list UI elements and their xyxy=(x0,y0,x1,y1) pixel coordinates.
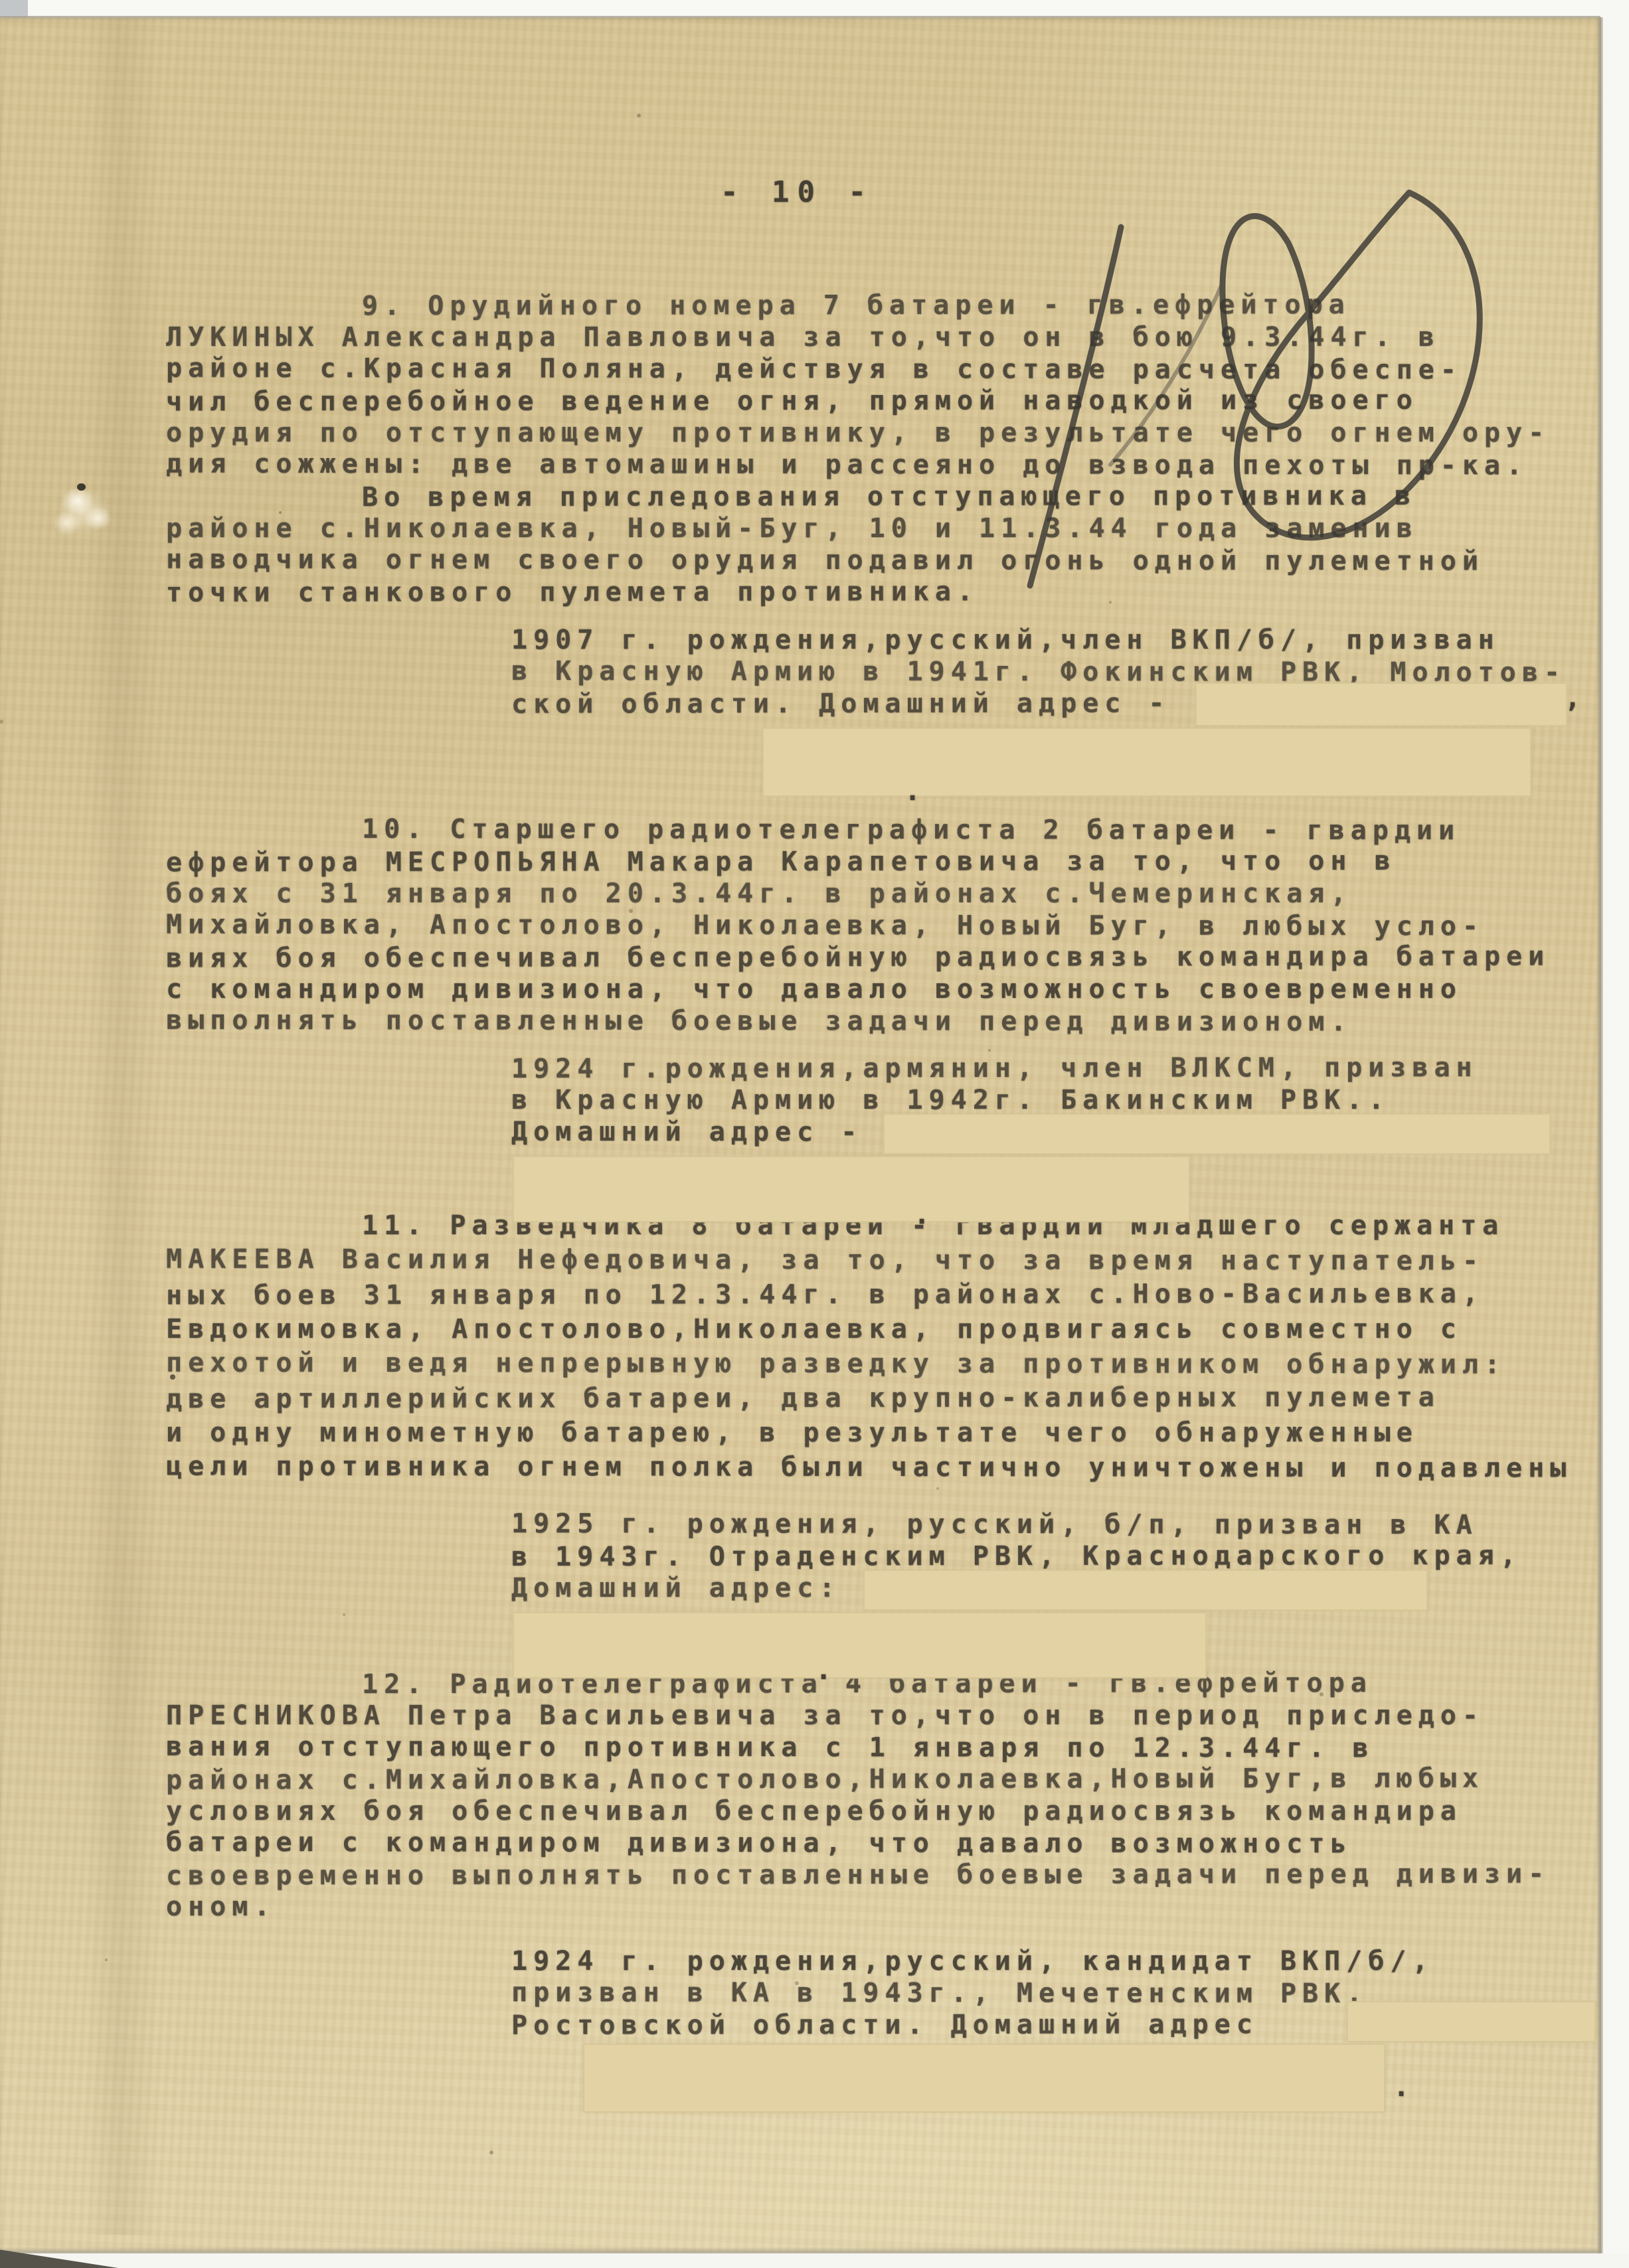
typed-line: виях боя обеспечивал бесперебойную радио… xyxy=(166,941,1550,975)
typed-bio-line: 1924 г.рождения,армянин, член ВЛКСМ, при… xyxy=(511,1052,1478,1085)
typed-line: чил бесперебойное ведение огня, прямой н… xyxy=(166,384,1418,418)
typed-line: и одну минометную батарею, в результате … xyxy=(166,1417,1418,1449)
typed-line: боях с 31 января по 20.3.44г. в районах … xyxy=(166,878,1352,910)
redaction-bar xyxy=(1195,683,1567,726)
typed-line: районах с.Михайловка,Апостолово,Николаев… xyxy=(166,1763,1484,1797)
paper-top-shadow xyxy=(0,16,1600,19)
typed-line: наводчика огнем своего орудия подавил ог… xyxy=(166,544,1484,578)
typed-line: дия сожжены: две автомашины и рассеяно д… xyxy=(166,448,1528,482)
redaction-punctuation: . xyxy=(904,775,926,807)
typed-bio-line: призван в КА в 1943г., Мечетенским РВК, xyxy=(511,1977,1368,2010)
typed-bio-line: 1924 г. рождения,русский, кандидат ВКП/б… xyxy=(511,1945,1434,1977)
typed-line: ефрейтора МЕСРОПЬЯНА Макара Карапетовича… xyxy=(166,845,1397,879)
typed-line: районе с.Красная Поляна, действуя в сост… xyxy=(166,353,1462,386)
punch-hole-dot xyxy=(77,483,86,491)
typed-line: Михайловка, Апостолово, Николаевка, Новы… xyxy=(166,909,1484,943)
paper-right-shadow xyxy=(1596,17,1603,2253)
redaction-punctuation: . xyxy=(815,1655,837,1686)
redaction-punctuation: . xyxy=(1393,2071,1415,2103)
typed-line: своевременно выполнять поставленные боев… xyxy=(166,1858,1550,1892)
typed-bio-line: 1907 г. рождения,русский,член ВКП/б/, пр… xyxy=(511,624,1500,656)
redaction-bar xyxy=(513,1156,1190,1222)
paper-crease xyxy=(86,17,159,2235)
typed-line: цели противника огнем полка были частичн… xyxy=(166,1451,1572,1485)
redaction-bar xyxy=(1347,2001,1596,2042)
typed-bio-line: в 1943г. Отраденским РВК, Краснодарского… xyxy=(511,1540,1522,1573)
document-scan: - 10 - 9. Орудийного номера 7 батареи - … xyxy=(0,0,1629,2268)
typed-bio-line: ской области. Домашний адрес - xyxy=(511,687,1171,720)
typed-line: вания отступающего противника с 1 января… xyxy=(166,1731,1375,1765)
typed-line: Во время приследования отступающего прот… xyxy=(362,480,1416,513)
typed-line: орудия по отступающему противнику, в рез… xyxy=(166,417,1550,449)
redaction-punctuation: . xyxy=(914,1199,936,1231)
typed-line: 9. Орудийного номера 7 батареи - гв.ефре… xyxy=(362,289,1351,322)
scan-edge-top xyxy=(0,0,1629,17)
redaction-bar xyxy=(863,1570,1428,1611)
typed-line: МАКЕЕВА Василия Нефедовича, за то, что з… xyxy=(166,1244,1484,1277)
typed-bio-line: 1925 г. рождения, русский, б/п, призван … xyxy=(511,1508,1478,1541)
typed-line: батареи с командиром дивизиона, что дава… xyxy=(166,1826,1353,1860)
page-number: - 10 - xyxy=(721,177,874,208)
typed-bio-line: Домашний адрес: xyxy=(511,1572,841,1604)
typed-line: ных боев 31 января по 12.3.44г. в района… xyxy=(166,1278,1484,1312)
typed-line: пехотой и ведя непрерывную разведку за п… xyxy=(166,1347,1506,1381)
typed-line: точки станкового пулемета противника. xyxy=(166,576,979,609)
typed-line: с командиром дивизиона, что давало возмо… xyxy=(166,973,1462,1005)
typed-line: ПРЕСНИКОВА Петра Васильевича за то,что о… xyxy=(166,1700,1484,1732)
redaction-punctuation: , xyxy=(1565,683,1586,714)
typed-bio-line: в Красную Армию в 1942г. Бакинским РВК.. xyxy=(511,1084,1390,1116)
typed-line: условиях боя обеспечивал бесперебойную р… xyxy=(166,1795,1462,1827)
scan-edge-right xyxy=(1600,0,1629,2268)
typed-line: ЛУКИНЫХ Александра Павловича за то,что о… xyxy=(166,321,1440,353)
redaction-bar xyxy=(883,1113,1551,1155)
typed-line: районе с.Николаевка, Новый-Буг, 10 и 11.… xyxy=(166,513,1418,544)
typed-line: выполнять поставленные боевые задачи пер… xyxy=(166,1005,1353,1038)
typed-bio-line: Ростовской области. Домашний адрес xyxy=(511,2008,1258,2042)
typed-line: Евдокимовка, Апостолово,Николаевка, прод… xyxy=(166,1313,1462,1345)
redaction-bar xyxy=(762,728,1531,797)
redaction-bar xyxy=(513,1612,1207,1678)
typed-bio-line: Домашний адрес - xyxy=(511,1116,863,1149)
typed-line: оном. xyxy=(166,1891,276,1923)
scan-edge-bottom xyxy=(0,2253,1629,2268)
redaction-bar xyxy=(583,2044,1385,2113)
typed-line: две артиллерийских батареи, два крупно-к… xyxy=(166,1382,1440,1416)
scan-corner-top-left xyxy=(0,0,28,17)
typed-line: 10. Старшего радиотелеграфиста 2 батареи… xyxy=(362,813,1460,847)
